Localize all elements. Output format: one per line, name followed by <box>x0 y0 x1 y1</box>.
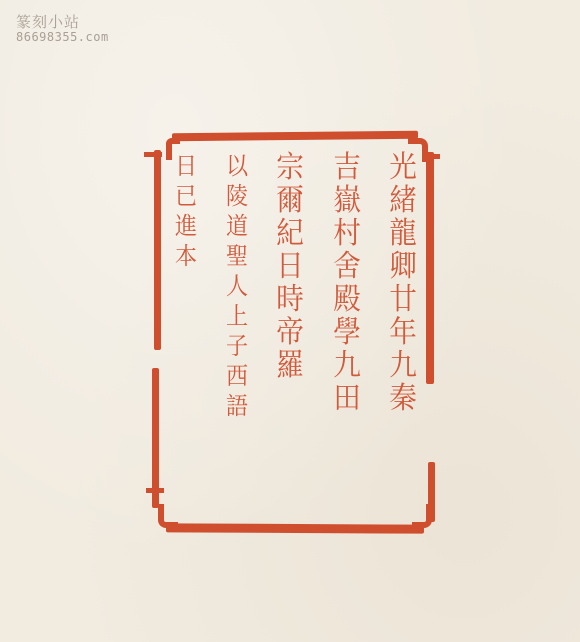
seal-glyph: 年 <box>389 317 417 350</box>
seal-glyph: 爾 <box>276 185 304 218</box>
seal-glyph: 村 <box>333 218 361 251</box>
seal-glyph: 紀 <box>276 218 304 251</box>
seal-glyph: 語 <box>225 392 247 422</box>
seal-glyph: 九 <box>389 350 417 383</box>
seal-glyph: 吉 <box>333 152 361 185</box>
seal-glyph: 道 <box>225 212 247 242</box>
seal-border-tick <box>422 154 440 159</box>
seal-border-tick <box>146 488 164 493</box>
seal-glyph: 帝 <box>276 317 304 350</box>
seal-glyph: 以 <box>225 152 247 182</box>
seal-border-right <box>426 152 434 384</box>
seal-text-columns: 光 緒 龍 卿 廿 年 九 秦 吉 嶽 村 舍 殿 學 九 田 宗 爾 紀 日 … <box>174 152 418 512</box>
seal-impression: 光 緒 龍 卿 廿 年 九 秦 吉 嶽 村 舍 殿 學 九 田 宗 爾 紀 日 … <box>152 132 438 534</box>
seal-column-5: 日 已 進 本 <box>174 152 198 512</box>
seal-glyph: 舍 <box>333 251 361 284</box>
seal-glyph: 羅 <box>276 350 304 383</box>
seal-border-tick <box>144 152 162 157</box>
seal-glyph: 九 <box>333 350 361 383</box>
seal-glyph: 本 <box>175 242 197 272</box>
seal-border-left <box>154 150 161 350</box>
seal-glyph: 進 <box>175 212 197 242</box>
seal-glyph: 田 <box>333 383 361 416</box>
seal-column-3: 宗 爾 紀 日 時 帝 羅 <box>275 152 305 512</box>
seal-glyph: 學 <box>333 317 361 350</box>
seal-glyph: 殿 <box>333 284 361 317</box>
seal-column-4: 以 陵 道 聖 人 上 子 西 語 <box>225 152 249 512</box>
watermark-title: 篆刻小站 <box>16 14 109 31</box>
seal-glyph: 緒 <box>389 185 417 218</box>
seal-column-1: 光 緒 龍 卿 廿 年 九 秦 <box>388 152 418 512</box>
seal-border-bottom <box>166 523 424 533</box>
seal-glyph: 時 <box>276 284 304 317</box>
seal-glyph: 陵 <box>225 182 247 212</box>
seal-border-left-lower <box>152 368 159 508</box>
seal-column-2: 吉 嶽 村 舍 殿 學 九 田 <box>332 152 362 512</box>
seal-glyph: 宗 <box>276 152 304 185</box>
seal-glyph: 廿 <box>389 284 417 317</box>
seal-glyph: 日 <box>175 152 197 182</box>
seal-glyph: 聖 <box>225 242 247 272</box>
seal-border-top <box>172 131 418 142</box>
seal-glyph: 光 <box>389 152 417 185</box>
seal-glyph: 嶽 <box>333 185 361 218</box>
seal-glyph: 人 <box>225 272 247 302</box>
seal-glyph: 已 <box>175 182 197 212</box>
seal-glyph: 上 <box>225 302 247 332</box>
seal-glyph: 秦 <box>389 383 417 416</box>
seal-glyph: 西 <box>225 362 247 392</box>
seal-glyph: 子 <box>225 332 247 362</box>
seal-glyph: 卿 <box>389 251 417 284</box>
seal-glyph: 龍 <box>389 218 417 251</box>
watermark: 篆刻小站 86698355.com <box>16 14 109 45</box>
watermark-url: 86698355.com <box>16 31 109 45</box>
seal-glyph: 日 <box>276 251 304 284</box>
